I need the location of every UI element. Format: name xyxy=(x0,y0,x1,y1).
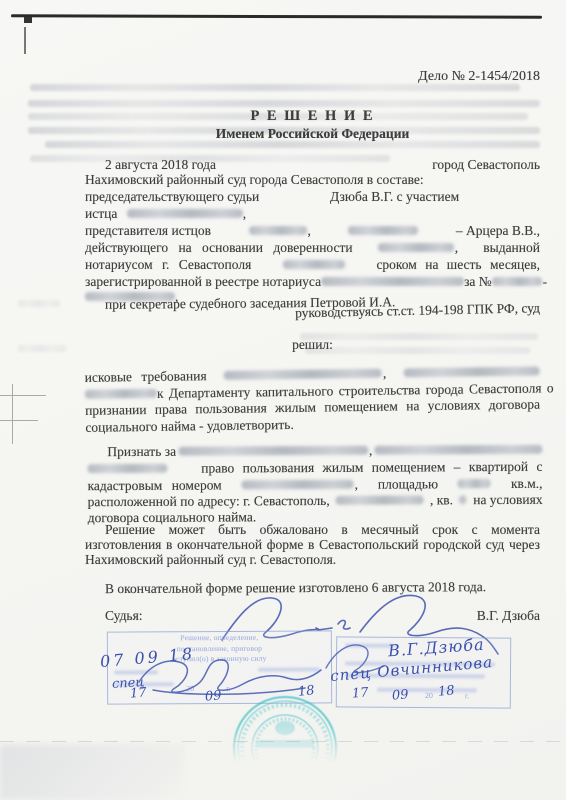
case-number: Дело № 2-1454/2018 xyxy=(85,69,540,84)
area-label: площадью xyxy=(378,476,438,491)
scanned-court-decision-page: Дело № 2-1454/2018 Р Е Ш Е Н И Е Именем … xyxy=(0,0,566,800)
redacted-street-address xyxy=(336,495,424,504)
area-units: кв.м., xyxy=(511,476,543,491)
handwritten-month-left: 09 xyxy=(204,688,222,704)
recognize-right-text: право пользования жилым помещением – ква… xyxy=(201,459,542,476)
decision-subtitle: Именем Российской Федерации xyxy=(85,126,540,141)
redacted-person-name xyxy=(374,445,542,455)
scan-crop-mark xyxy=(0,395,46,396)
claim-paragraph: исковые требования , к Департаменту капи… xyxy=(79,0,534,1)
representative-name: – Арцера В.В., xyxy=(456,223,540,238)
recognize-line-1: Признать за , xyxy=(87,442,542,459)
handwritten-day-left: 17 xyxy=(129,685,147,701)
attorney-line: действующего на основании доверенности ,… xyxy=(85,240,540,255)
judge-participation: Дзюба В.Г. с участием xyxy=(330,189,459,204)
plaintiff-line: истца , xyxy=(85,206,540,221)
handwritten-day-right: 17 xyxy=(351,685,369,701)
redacted-claimant-name xyxy=(404,366,540,377)
cadastre-label: кадастровым номером xyxy=(88,477,222,493)
decision-city: город Севастополь xyxy=(432,157,540,172)
redacted-name xyxy=(348,226,418,235)
redacted-registry-entry xyxy=(321,277,464,286)
appeal-line-2: изготовления в окончательной форме в Сев… xyxy=(85,537,540,552)
round-court-seal xyxy=(226,684,346,776)
handwritten-year-right: 18 xyxy=(437,683,455,699)
claim-prefix: исковые требования xyxy=(85,368,207,385)
comma: , xyxy=(369,443,372,458)
cadastre-line: кадастровым номером , площадью кв.м., xyxy=(88,476,543,493)
appeal-line-1: Решение может быть обжаловано в месячный… xyxy=(85,522,540,537)
bleedthrough-line xyxy=(18,300,60,307)
address-terms: на условиях xyxy=(473,492,542,507)
attorney-text: действующего на основании доверенности xyxy=(85,240,353,255)
redacted-claimant-name xyxy=(85,389,157,399)
address-line: расположенной по адресу: г. Севастополь,… xyxy=(88,492,543,509)
redacted-notary-name xyxy=(283,260,345,269)
judge-line: председательствующего судьи Дзюба В.Г. с… xyxy=(85,189,540,204)
clerk-flourish xyxy=(322,638,392,678)
redacted-claimant-name xyxy=(224,369,382,380)
registry-number-label: за № xyxy=(464,274,492,289)
redacted-person-name xyxy=(87,464,167,473)
resolved-heading: решил: xyxy=(85,337,540,352)
bleedthrough-line xyxy=(18,345,66,352)
address-text: расположенной по адресу: г. Севастополь, xyxy=(88,493,330,509)
scan-crop-mark xyxy=(12,384,13,444)
comma: , xyxy=(383,366,387,381)
comma: , xyxy=(243,206,246,221)
redacted-plaintiff-name xyxy=(127,209,243,218)
notary-text: нотариусом г. Севастополя xyxy=(85,257,251,272)
judge-role: председательствующего судьи xyxy=(85,189,259,204)
plaintiff-prefix: истца xyxy=(85,206,117,221)
handwritten-month-right: 09 xyxy=(391,687,409,703)
decision-date: 2 августа 2018 года xyxy=(105,157,216,172)
redacted-area-value xyxy=(458,479,491,488)
recognition-paragraph: Признать за , право пользования жилым по… xyxy=(85,0,540,1)
apartment-label: , кв. xyxy=(430,492,453,507)
registry-text: зарегистрированной в реестре нотариуса xyxy=(85,274,321,289)
scan-artifact xyxy=(24,27,26,54)
court-line: Нахимовский районный суд города Севастоп… xyxy=(85,172,540,187)
comma: , xyxy=(308,223,311,238)
dash: - xyxy=(543,274,548,289)
stamp-year-prefix: 20 xyxy=(425,691,433,700)
redacted-apartment-number xyxy=(459,495,467,504)
stamp-year-suffix: г. xyxy=(465,691,469,700)
judge-label: Судья: xyxy=(105,608,143,623)
recognize-line-2: право пользования жилым помещением – ква… xyxy=(87,459,542,476)
redacted-person-name xyxy=(178,446,368,456)
representative-line: представителя истцов , – Арцера В.В., xyxy=(85,223,540,238)
redacted-cadastre-number xyxy=(242,480,354,490)
comma: , xyxy=(455,240,458,255)
decision-title: Р Е Ш Е Н И Е xyxy=(85,109,540,124)
redacted-name xyxy=(249,226,307,235)
recognize-prefix: Признать за xyxy=(107,444,176,459)
notary-term: сроком на шесть месяцев, xyxy=(376,257,540,272)
scan-artifact xyxy=(24,17,32,23)
attorney-issued: выданной xyxy=(483,240,540,255)
representative-prefix: представителя истцов xyxy=(85,223,211,238)
redacted-number xyxy=(492,277,542,286)
notary-line: нотариусом г. Севастополя сроком на шест… xyxy=(85,257,540,272)
appeal-line-3: Нахимовский районный суд г. Севастополя. xyxy=(85,552,540,567)
date-place-line: 2 августа 2018 года город Севастополь xyxy=(85,157,540,172)
redacted-power-of-attorney xyxy=(378,243,454,252)
scan-crop-mark xyxy=(0,420,38,421)
comma: , xyxy=(355,477,358,492)
registry-line: зарегистрированной в реестре нотариуса з… xyxy=(85,274,540,289)
